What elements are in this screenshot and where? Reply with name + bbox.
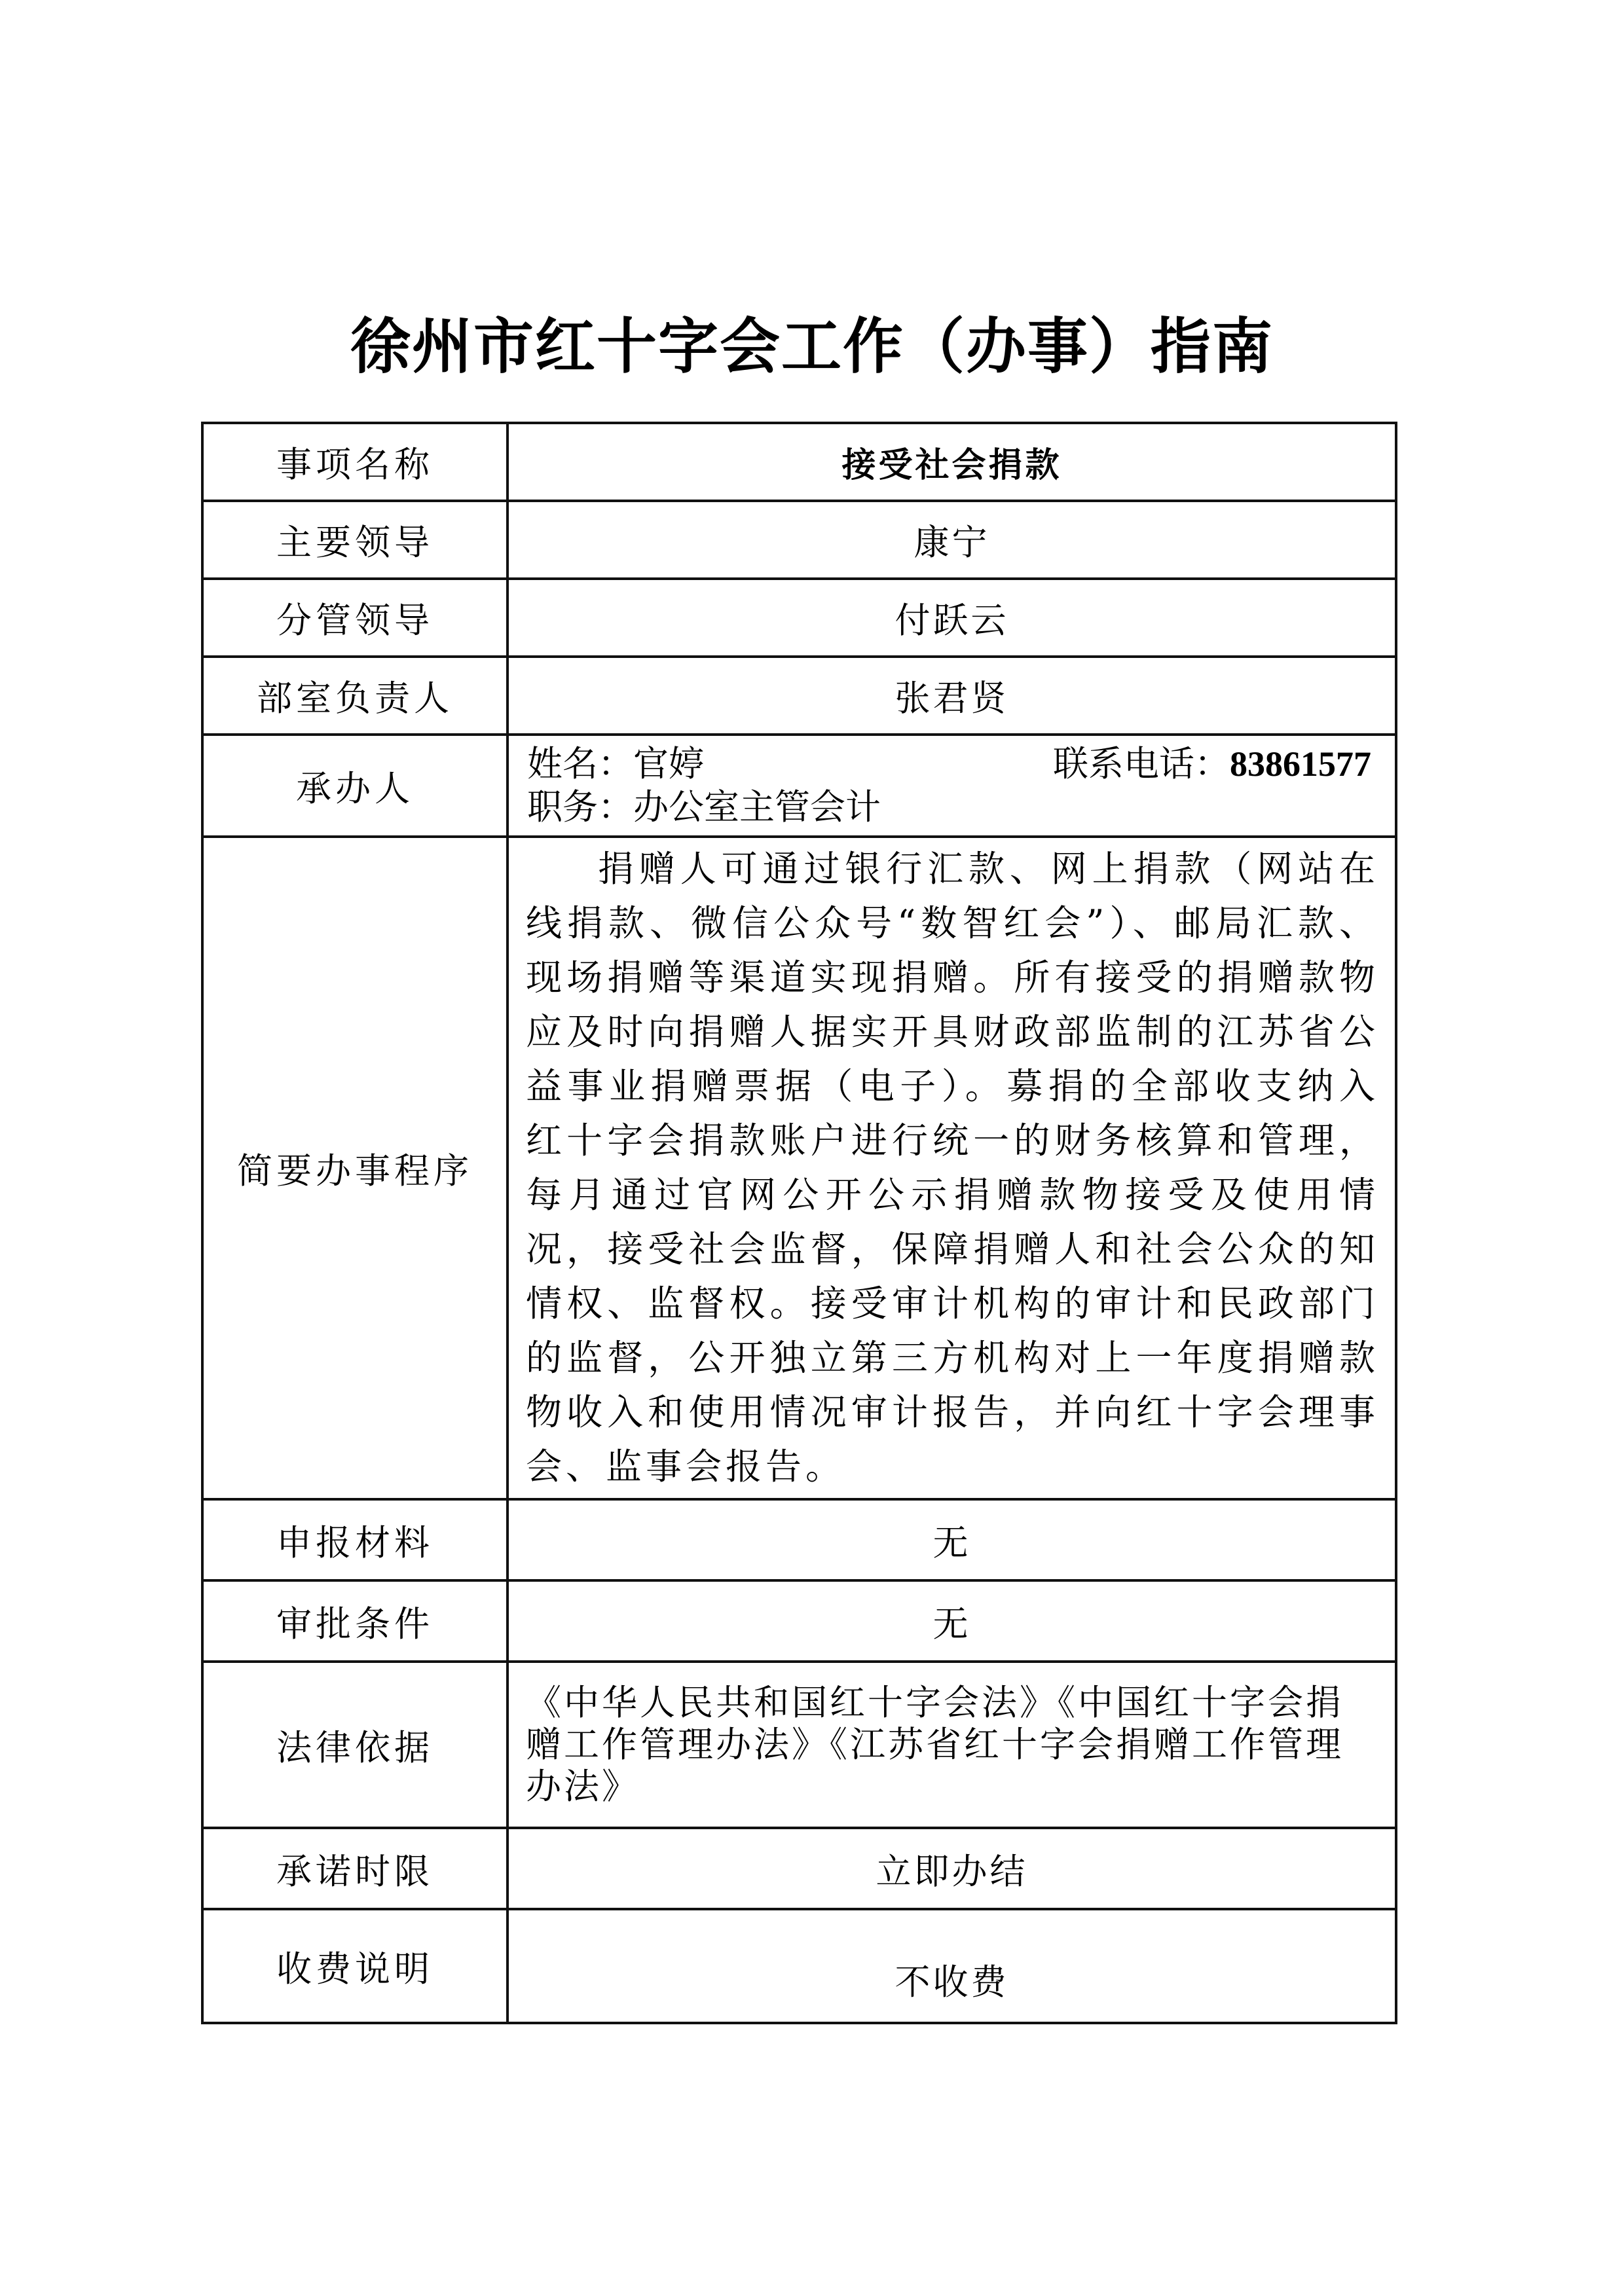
row-label: 收费说明 [202,1909,507,2023]
item-name-value: 接受社会捐款 [507,423,1396,501]
handler-position: 职务：办公室主管会计 [527,786,881,829]
fees-value: 不收费 [507,1909,1396,2023]
time-limit-value: 立即办结 [507,1828,1396,1909]
procedure-text: 捐赠人可通过银行汇款、网上捐款（网站在线捐款、微信公众号“数智红会”）、邮局汇款… [526,842,1379,1494]
row-label: 承办人 [202,735,507,837]
table-row-procedure: 简要办事程序 捐赠人可通过银行汇款、网上捐款（网站在线捐款、微信公众号“数智红会… [202,837,1396,1499]
handler-phone: 联系电话：83861577 [1053,742,1376,786]
row-label: 审批条件 [202,1580,507,1662]
table-row-fees: 收费说明 不收费 [202,1909,1396,2023]
legal-basis-value: 《中华人民共和国红十字会法》《中国红十字会捐赠工作管理办法》《江苏省红十字会捐赠… [507,1662,1396,1828]
table-row-item-name: 事项名称 接受社会捐款 [202,423,1396,501]
approval-conditions-value: 无 [507,1580,1396,1662]
row-label: 简要办事程序 [202,837,507,1499]
table-row-time-limit: 承诺时限 立即办结 [202,1828,1396,1909]
row-label: 部室负责人 [202,657,507,735]
row-label: 主要领导 [202,501,507,579]
contact-line-position: 职务：办公室主管会计 [527,786,1376,829]
page-title: 徐州市红十字会工作（办事）指南 [0,308,1624,386]
row-label: 法律依据 [202,1662,507,1828]
service-guide-table: 事项名称 接受社会捐款 主要领导 康宁 分管领导 付跃云 部室负责人 张君贤 承… [201,422,1397,2024]
department-head-value: 张君贤 [507,657,1396,735]
table-row-deputy-leader: 分管领导 付跃云 [202,579,1396,657]
table-row-materials: 申报材料 无 [202,1499,1396,1580]
name-label: 姓名： [527,743,633,784]
phone-label: 联系电话： [1053,743,1230,784]
row-label: 申报材料 [202,1499,507,1580]
row-label: 事项名称 [202,423,507,501]
phone-value: 83861577 [1230,744,1371,784]
name-value: 官婷 [633,743,704,784]
table-row-main-leader: 主要领导 康宁 [202,501,1396,579]
row-label: 承诺时限 [202,1828,507,1909]
position-label: 职务： [527,786,633,828]
deputy-leader-value: 付跃云 [507,579,1396,657]
table-row-department-head: 部室负责人 张君贤 [202,657,1396,735]
main-leader-value: 康宁 [507,501,1396,579]
procedure-cell: 捐赠人可通过银行汇款、网上捐款（网站在线捐款、微信公众号“数智红会”）、邮局汇款… [507,837,1396,1499]
table-row-approval-conditions: 审批条件 无 [202,1580,1396,1662]
contact-line-name-phone: 姓名：官婷 联系电话：83861577 [527,742,1376,786]
handler-contact: 姓名：官婷 联系电话：83861577 职务：办公室主管会计 [507,735,1396,837]
row-label: 分管领导 [202,579,507,657]
materials-value: 无 [507,1499,1396,1580]
position-value: 办公室主管会计 [633,786,881,828]
table-row-legal-basis: 法律依据 《中华人民共和国红十字会法》《中国红十字会捐赠工作管理办法》《江苏省红… [202,1662,1396,1828]
table-row-handler: 承办人 姓名：官婷 联系电话：83861577 职务：办公室主管会计 [202,735,1396,837]
handler-name: 姓名：官婷 [527,742,704,786]
